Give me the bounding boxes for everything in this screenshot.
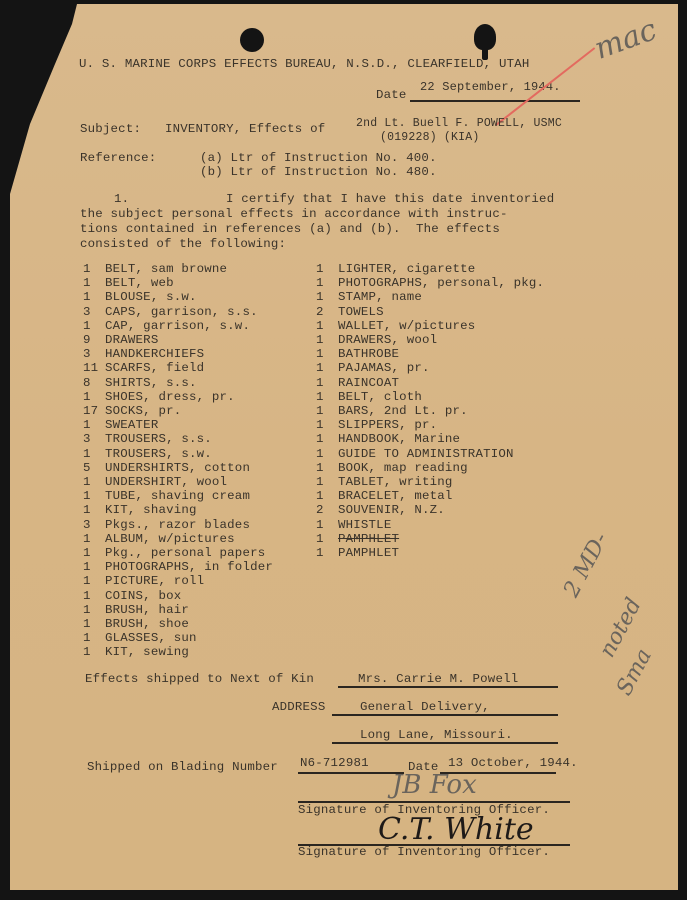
paragraph-number: 1.	[114, 192, 129, 206]
inventory-item: 8SHIRTS, s.s.	[83, 376, 197, 390]
item-quantity: 1	[316, 262, 338, 276]
inventory-item: 1BELT, cloth	[316, 390, 422, 404]
item-description: SHOES, dress, pr.	[105, 390, 235, 404]
item-description: SWEATER	[105, 418, 158, 432]
inventory-item: 1CAP, garrison, s.w.	[83, 319, 250, 333]
inventory-item: 1BELT, web	[83, 276, 174, 290]
item-quantity: 1	[83, 603, 105, 617]
item-description: BRUSH, hair	[105, 603, 189, 617]
address2-underline	[332, 742, 558, 744]
inventory-item: 1SWEATER	[83, 418, 158, 432]
item-quantity: 1	[316, 347, 338, 361]
nok-label: Effects shipped to Next of Kin	[85, 672, 314, 686]
item-description: SOCKS, pr.	[105, 404, 181, 418]
item-quantity: 1	[316, 290, 338, 304]
item-quantity: 11	[83, 361, 105, 375]
cert-line: consisted of the following:	[80, 237, 286, 251]
cert-line: the subject personal effects in accordan…	[80, 207, 508, 221]
reference-label: Reference:	[80, 151, 156, 165]
item-description: BELT, cloth	[338, 390, 422, 404]
inventory-item: 1TABLET, writing	[316, 475, 453, 489]
item-quantity: 1	[83, 560, 105, 574]
subject-name: 2nd Lt. Buell F. POWELL, USMC	[356, 117, 562, 131]
item-description: BELT, sam browne	[105, 262, 227, 276]
item-quantity: 1	[316, 461, 338, 475]
item-description: HANDKERCHIEFS	[105, 347, 204, 361]
inventory-item: 1BRACELET, metal	[316, 489, 453, 503]
agency-header: U. S. MARINE CORPS EFFECTS BUREAU, N.S.D…	[79, 57, 530, 71]
item-description: COINS, box	[105, 589, 181, 603]
inventory-item: 1PHOTOGRAPHS, personal, pkg.	[316, 276, 544, 290]
item-quantity: 3	[83, 432, 105, 446]
inventory-item: 1BARS, 2nd Lt. pr.	[316, 404, 468, 418]
address-label: ADDRESS	[272, 700, 325, 714]
item-description: TOWELS	[338, 305, 384, 319]
item-quantity: 1	[316, 546, 338, 560]
bl-label: Shipped on Blading Number	[87, 760, 278, 774]
inventory-item: 2SOUVENIR, N.Z.	[316, 503, 445, 517]
item-description: GLASSES, sun	[105, 631, 197, 645]
item-quantity: 2	[316, 503, 338, 517]
inventory-item: 1LIGHTER, cigarette	[316, 262, 475, 276]
item-quantity: 1	[83, 546, 105, 560]
item-quantity: 1	[83, 447, 105, 461]
inventory-item: 1SLIPPERS, pr.	[316, 418, 437, 432]
item-description: TABLET, writing	[338, 475, 453, 489]
item-description: SCARFS, field	[105, 361, 204, 375]
item-quantity: 1	[316, 447, 338, 461]
item-description: STAMP, name	[338, 290, 422, 304]
inventory-item: 1Pkg., personal papers	[83, 546, 265, 560]
item-quantity: 1	[83, 631, 105, 645]
subject-label: Subject:	[80, 122, 141, 136]
item-description: Pkg., personal papers	[105, 546, 265, 560]
address-line2: Long Lane, Missouri.	[360, 728, 513, 742]
date-value: 22 September, 1944.	[420, 80, 561, 94]
subject-service-number: (019228) (KIA)	[380, 131, 479, 145]
item-description: KIT, sewing	[105, 645, 189, 659]
item-description: WALLET, w/pictures	[338, 319, 475, 333]
handwritten-signature-1: JB Fox	[392, 770, 477, 800]
inventory-item: 1PHOTOGRAPHS, in folder	[83, 560, 273, 574]
item-description: BLOUSE, s.w.	[105, 290, 197, 304]
item-quantity: 1	[83, 503, 105, 517]
item-quantity: 1	[316, 361, 338, 375]
item-description: PHOTOGRAPHS, personal, pkg.	[338, 276, 544, 290]
inventory-item: 1HANDBOOK, Marine	[316, 432, 460, 446]
item-quantity: 1	[83, 489, 105, 503]
inventory-item: 1BOOK, map reading	[316, 461, 468, 475]
item-quantity: 1	[83, 475, 105, 489]
inventory-item: 1BLOUSE, s.w.	[83, 290, 197, 304]
item-quantity: 1	[316, 404, 338, 418]
item-description: BELT, web	[105, 276, 174, 290]
inventory-item: 5UNDERSHIRTS, cotton	[83, 461, 250, 475]
inventory-item: 1WALLET, w/pictures	[316, 319, 475, 333]
item-quantity: 1	[316, 333, 338, 347]
item-quantity: 1	[83, 645, 105, 659]
item-description: KIT, shaving	[105, 503, 197, 517]
inventory-item: 17SOCKS, pr.	[83, 404, 181, 418]
item-description: WHISTLE	[338, 518, 391, 532]
inventory-item: 1COINS, box	[83, 589, 181, 603]
item-description: RAINCOAT	[338, 376, 399, 390]
item-quantity: 1	[83, 390, 105, 404]
item-description: BRACELET, metal	[338, 489, 453, 503]
inventory-item: 2TOWELS	[316, 305, 384, 319]
inventory-item: 1KIT, shaving	[83, 503, 197, 517]
inventory-item: 1SHOES, dress, pr.	[83, 390, 235, 404]
bl-underline	[298, 772, 404, 774]
inventory-item: 1PICTURE, roll	[83, 574, 204, 588]
handwritten-signature-2: C.T. White	[378, 812, 534, 847]
item-description: PAJAMAS, pr.	[338, 361, 430, 375]
item-description: UNDERSHIRTS, cotton	[105, 461, 250, 475]
item-quantity: 9	[83, 333, 105, 347]
item-quantity: 1	[83, 617, 105, 631]
inventory-item: 1PAMPHLET	[316, 532, 399, 546]
inventory-item: 1BELT, sam browne	[83, 262, 227, 276]
inventory-item: 1GLASSES, sun	[83, 631, 197, 645]
item-description: PICTURE, roll	[105, 574, 204, 588]
item-quantity: 1	[83, 574, 105, 588]
item-quantity: 1	[83, 262, 105, 276]
item-description: TROUSERS, s.s.	[105, 432, 212, 446]
inventory-item: 3Pkgs., razor blades	[83, 518, 250, 532]
bl-value: N6-712981	[300, 756, 369, 770]
item-description: UNDERSHIRT, wool	[105, 475, 227, 489]
reference-a: (a) Ltr of Instruction No. 400.	[200, 151, 437, 165]
item-description: CAP, garrison, s.w.	[105, 319, 250, 333]
item-quantity: 1	[83, 276, 105, 290]
item-description: CAPS, garrison, s.s.	[105, 305, 258, 319]
item-description: BOOK, map reading	[338, 461, 468, 475]
item-quantity: 2	[316, 305, 338, 319]
inventory-item: 1BRUSH, shoe	[83, 617, 189, 631]
inventory-item: 1STAMP, name	[316, 290, 422, 304]
item-quantity: 1	[316, 475, 338, 489]
item-quantity: 3	[83, 347, 105, 361]
inventory-item: 1WHISTLE	[316, 518, 391, 532]
item-quantity: 1	[83, 319, 105, 333]
nok-underline	[338, 686, 558, 688]
item-description: LIGHTER, cigarette	[338, 262, 475, 276]
item-description: PHOTOGRAPHS, in folder	[105, 560, 273, 574]
item-quantity: 1	[316, 518, 338, 532]
inventory-item: 1UNDERSHIRT, wool	[83, 475, 227, 489]
address-underline	[332, 714, 558, 716]
item-description: HANDBOOK, Marine	[338, 432, 460, 446]
item-description: TUBE, shaving cream	[105, 489, 250, 503]
inventory-item: 1TUBE, shaving cream	[83, 489, 250, 503]
item-quantity: 1	[83, 589, 105, 603]
inventory-item: 11SCARFS, field	[83, 361, 204, 375]
item-description: BRUSH, shoe	[105, 617, 189, 631]
item-description: BATHROBE	[338, 347, 399, 361]
signature-caption-2: Signature of Inventoring Officer.	[298, 845, 550, 859]
item-quantity: 1	[83, 290, 105, 304]
item-quantity: 1	[316, 418, 338, 432]
cert-line: I certify that I have this date inventor…	[226, 192, 554, 206]
inventory-item: 1TROUSERS, s.w.	[83, 447, 212, 461]
inventory-item: 3TROUSERS, s.s.	[83, 432, 212, 446]
inventory-item: 1ALBUM, w/pictures	[83, 532, 235, 546]
item-description: TROUSERS, s.w.	[105, 447, 212, 461]
inventory-item: 3CAPS, garrison, s.s.	[83, 305, 258, 319]
inventory-item: 1RAINCOAT	[316, 376, 399, 390]
address-line1: General Delivery,	[360, 700, 490, 714]
item-description: SLIPPERS, pr.	[338, 418, 437, 432]
item-quantity: 1	[316, 276, 338, 290]
item-quantity: 1	[316, 390, 338, 404]
date-underline	[410, 100, 580, 102]
inventory-item: 3HANDKERCHIEFS	[83, 347, 204, 361]
item-description: BARS, 2nd Lt. pr.	[338, 404, 468, 418]
ship-date-value: 13 October, 1944.	[448, 756, 578, 770]
item-quantity: 1	[316, 532, 338, 546]
inventory-item: 1BATHROBE	[316, 347, 399, 361]
item-description: Pkgs., razor blades	[105, 518, 250, 532]
item-quantity: 8	[83, 376, 105, 390]
reference-b: (b) Ltr of Instruction No. 480.	[200, 165, 437, 179]
inventory-item: 1BRUSH, hair	[83, 603, 189, 617]
inventory-item: 9DRAWERS	[83, 333, 158, 347]
item-quantity: 1	[83, 418, 105, 432]
punch-hole	[240, 28, 264, 52]
item-description: DRAWERS, wool	[338, 333, 437, 347]
item-description: PAMPHLET	[338, 532, 399, 546]
inventory-item: 1GUIDE TO ADMINISTRATION	[316, 447, 514, 461]
nok-value: Mrs. Carrie M. Powell	[358, 672, 518, 686]
item-description: SHIRTS, s.s.	[105, 376, 197, 390]
item-quantity: 17	[83, 404, 105, 418]
inventory-item: 1PAJAMAS, pr.	[316, 361, 430, 375]
item-quantity: 1	[316, 376, 338, 390]
item-description: PAMPHLET	[338, 546, 399, 560]
item-description: SOUVENIR, N.Z.	[338, 503, 445, 517]
item-description: GUIDE TO ADMINISTRATION	[338, 447, 514, 461]
item-quantity: 1	[316, 319, 338, 333]
item-quantity: 1	[316, 432, 338, 446]
item-description: ALBUM, w/pictures	[105, 532, 235, 546]
item-quantity: 1	[83, 532, 105, 546]
item-quantity: 1	[316, 489, 338, 503]
inventory-item: 1DRAWERS, wool	[316, 333, 437, 347]
inventory-item: 1KIT, sewing	[83, 645, 189, 659]
item-quantity: 3	[83, 305, 105, 319]
item-description: DRAWERS	[105, 333, 158, 347]
subject-text: INVENTORY, Effects of	[165, 122, 325, 136]
item-quantity: 3	[83, 518, 105, 532]
cert-line: tions contained in references (a) and (b…	[80, 222, 500, 236]
inventory-item: 1PAMPHLET	[316, 546, 399, 560]
item-quantity: 5	[83, 461, 105, 475]
date-label: Date	[376, 88, 407, 102]
